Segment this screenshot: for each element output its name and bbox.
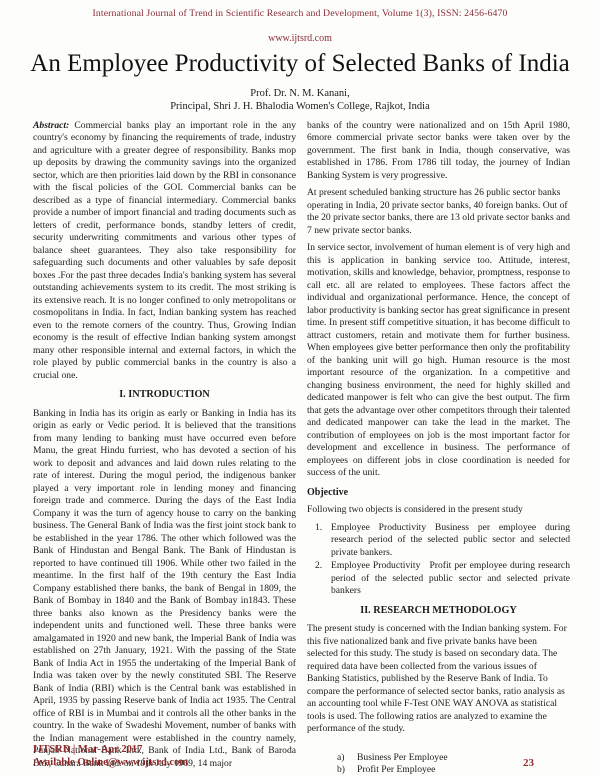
ratio-text-a: Business Per Employee — [357, 752, 570, 765]
methodology-paragraph: The present study is concerned with the … — [307, 623, 570, 736]
ratio-letter-a: a) — [337, 752, 357, 765]
page-number: 23 — [523, 757, 534, 769]
paper-header: International Journal of Trend in Scient… — [0, 0, 600, 113]
ratio-item-a: a) Business Per Employee — [337, 752, 570, 765]
ratio-letter-b: b) — [337, 764, 357, 776]
objective-text-1: Employee Productivity Business per emplo… — [331, 522, 570, 560]
footer-availability-line: Available Online@www.ijtsrd.com — [33, 756, 188, 769]
paper-title: An Employee Productivity of Selected Ban… — [0, 50, 600, 78]
journal-footer: IJTSRD | Mar-Apr 2017 Available Online@w… — [33, 743, 188, 769]
journal-title-line: International Journal of Trend in Scient… — [0, 8, 600, 19]
two-column-body: Abstract: Commercial banks play an impor… — [0, 113, 600, 776]
objective-heading: Objective — [307, 487, 570, 500]
banking-structure-paragraph: At present scheduled banking structure h… — [307, 187, 570, 237]
journal-website: www.ijtsrd.com — [0, 33, 600, 44]
introduction-paragraph: Banking in India has its origin as early… — [33, 408, 296, 771]
objective-text-2: Employee Productivity Profit per employe… — [331, 560, 570, 598]
author-name: Prof. Dr. N. M. Kanani, — [0, 87, 600, 100]
objective-number-2: 2. — [307, 560, 331, 598]
right-column: banks of the country were nationalized a… — [307, 120, 570, 776]
objective-item-1: 1. Employee Productivity Business per em… — [307, 522, 570, 560]
objective-item-2: 2. Employee Productivity Profit per empl… — [307, 560, 570, 598]
footer-issue-line: IJTSRD | Mar-Apr 2017 — [33, 743, 188, 756]
abstract-text: Commercial banks play an important role … — [33, 120, 296, 381]
author-affiliation: Principal, Shri J. H. Bhalodia Women's C… — [0, 100, 600, 113]
abstract-paragraph: Abstract: Commercial banks play an impor… — [33, 120, 296, 383]
left-column: Abstract: Commercial banks play an impor… — [33, 120, 296, 776]
paper-page: International Journal of Trend in Scient… — [0, 0, 600, 776]
objective-number-1: 1. — [307, 522, 331, 560]
nationalization-paragraph: banks of the country were nationalized a… — [307, 120, 570, 183]
methodology-heading: II. RESEARCH METHODOLOGY — [307, 605, 570, 618]
ratio-list: a) Business Per Employee b) Profit Per E… — [337, 752, 570, 776]
abstract-label: Abstract: — [33, 120, 69, 131]
objective-list: 1. Employee Productivity Business per em… — [307, 522, 570, 598]
service-sector-paragraph: In service sector, involvement of human … — [307, 242, 570, 480]
ratio-item-b: b) Profit Per Employee — [337, 764, 570, 776]
objective-intro: Following two objects is considered in t… — [307, 504, 570, 517]
introduction-heading: I. INTRODUCTION — [33, 389, 296, 402]
ratio-text-b: Profit Per Employee — [357, 764, 570, 776]
